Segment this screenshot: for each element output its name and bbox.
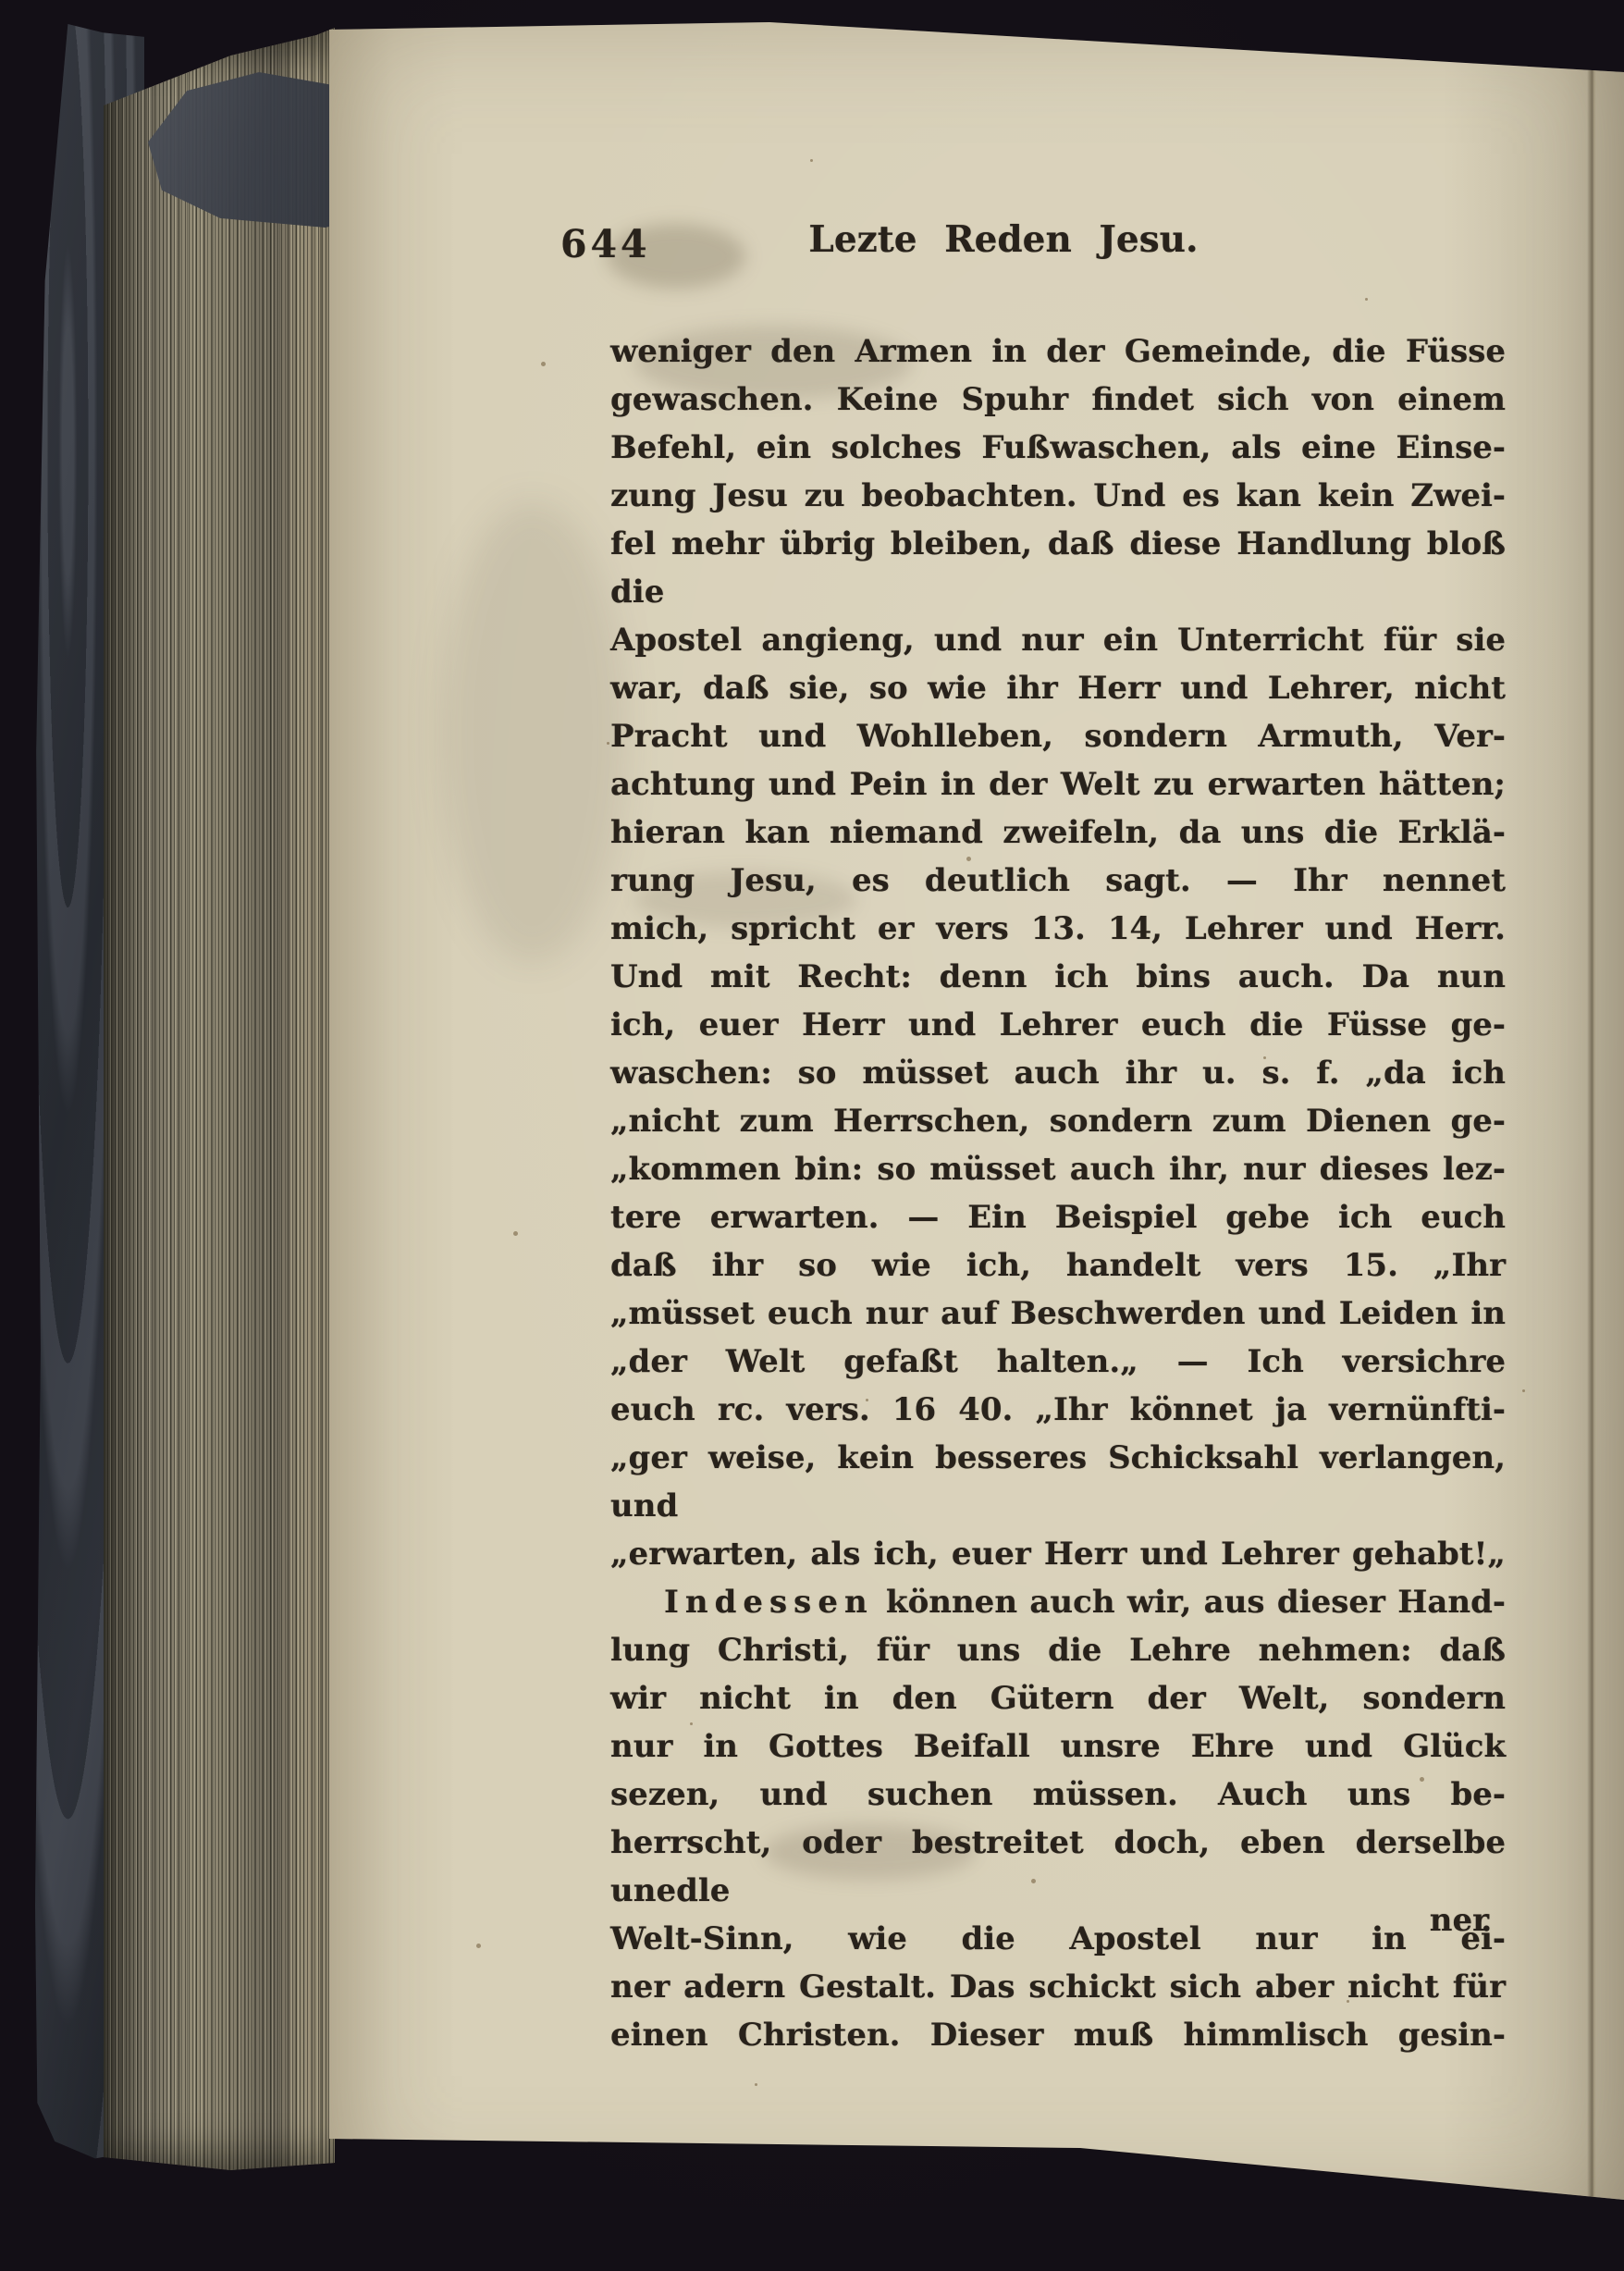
- text-line: lung Christi, für uns die Lehre nehmen: …: [610, 1626, 1506, 1674]
- text-line: Befehl, ein solches Fußwaschen, als eine…: [610, 424, 1506, 472]
- text-line: euch rc. vers. 16 40. „Ihr könnet ja ver…: [610, 1386, 1506, 1434]
- text-line: gewaschen. Keine Spuhr findet sich von e…: [610, 376, 1506, 424]
- text-line: „kommen bin: so müsset auch ihr, nur die…: [610, 1145, 1506, 1193]
- text-line: Und mit Recht: denn ich bins auch. Da nu…: [610, 953, 1506, 1001]
- running-header: Lezte Reden Jesu.: [610, 218, 1396, 261]
- page-shading: [440, 501, 625, 964]
- text-line: rung Jesu, es deutlich sagt. — Ihr nenne…: [610, 857, 1506, 905]
- text-line: „müsset euch nur auf Beschwerden und Lei…: [610, 1290, 1506, 1338]
- text-line: „der Welt gefaßt halten.„ — Ich versichr…: [610, 1338, 1506, 1386]
- text-line: fel mehr übrig bleiben, daß diese Handlu…: [610, 520, 1506, 616]
- text-line: waschen: so müsset auch ihr u. s. f. „da…: [610, 1049, 1506, 1097]
- text-line: „nicht zum Herrschen, sondern zum Dienen…: [610, 1097, 1506, 1145]
- text-line: mich, spricht er vers 13. 14, Lehrer und…: [610, 905, 1506, 953]
- text-line: „erwarten, als ich, euer Herr und Lehrer…: [610, 1530, 1506, 1578]
- text-line: wir nicht in den Gütern der Welt, sonder…: [610, 1674, 1506, 1722]
- body-text: weniger den Armen in der Gemeinde, die F…: [610, 327, 1506, 2059]
- text-line: ner adern Gestalt. Das schickt sich aber…: [610, 1963, 1506, 2011]
- text-line: Pracht und Wohlleben, sondern Armuth, Ve…: [610, 712, 1506, 760]
- text-line: nur in Gottes Beifall unsre Ehre und Glü…: [610, 1722, 1506, 1771]
- text-line: hieran kan niemand zweifeln, da uns die …: [610, 808, 1506, 857]
- text-line: herrscht, oder bestreitet doch, eben der…: [610, 1819, 1506, 1915]
- text-line: zung Jesu zu beobachten. Und es kan kein…: [610, 472, 1506, 520]
- text-line: einen Christen. Dieser muß himmlisch ges…: [610, 2011, 1506, 2059]
- text-line: achtung und Pein in der Welt zu erwarten…: [610, 760, 1506, 808]
- text-line: Indessen können auch wir, aus dieser Han…: [610, 1578, 1506, 1626]
- book-photo: 644 Lezte Reden Jesu. weniger den Armen …: [0, 0, 1624, 2271]
- text-line: sezen, und suchen müssen. Auch uns be-: [610, 1771, 1506, 1819]
- text-line: tere erwarten. — Ein Beispiel gebe ich e…: [610, 1193, 1506, 1241]
- page-block-fore-edge: [104, 28, 335, 2172]
- text-line: war, daß sie, so wie ihr Herr und Lehrer…: [610, 664, 1506, 712]
- text-line: ich, euer Herr und Lehrer euch die Füsse…: [610, 1001, 1506, 1049]
- text-line: Apostel angieng, und nur ein Unterricht …: [610, 616, 1506, 664]
- text-line: „ger weise, kein besseres Schicksahl ver…: [610, 1434, 1506, 1530]
- catchword: ner: [610, 1902, 1489, 1939]
- letterspaced-word: Indessen: [664, 1584, 874, 1621]
- open-page: 644 Lezte Reden Jesu. weniger den Armen …: [329, 20, 1624, 2209]
- text-line: weniger den Armen in der Gemeinde, die F…: [610, 327, 1506, 376]
- gutter-crease: [1587, 57, 1596, 2203]
- text-line: daß ihr so wie ich, handelt vers 15. „Ih…: [610, 1241, 1506, 1290]
